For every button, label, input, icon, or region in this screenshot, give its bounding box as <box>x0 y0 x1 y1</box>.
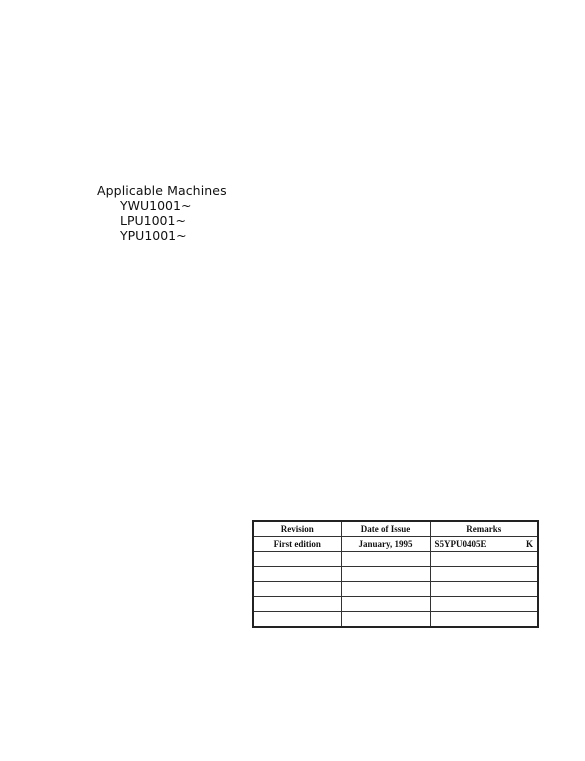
header-remarks: Remarks <box>430 521 538 537</box>
header-revision: Revision <box>253 521 341 537</box>
cell-revision: First edition <box>253 537 341 552</box>
machine-item: LPU1001~ <box>97 213 227 228</box>
cell-date <box>341 582 430 597</box>
cell-remarks <box>430 567 538 582</box>
cell-remarks <box>430 552 538 567</box>
remarks-mark: K <box>526 539 533 549</box>
cell-remarks <box>430 612 538 628</box>
table-row: First edition January, 1995 S5YPU0405EK <box>253 537 538 552</box>
cell-revision <box>253 612 341 628</box>
applicable-machines-heading: Applicable Machines <box>97 183 227 198</box>
cell-date <box>341 567 430 582</box>
table-header-row: Revision Date of Issue Remarks <box>253 521 538 537</box>
cell-date <box>341 552 430 567</box>
cell-remarks: S5YPU0405EK <box>430 537 538 552</box>
header-date-of-issue: Date of Issue <box>341 521 430 537</box>
table-row <box>253 597 538 612</box>
cell-date: January, 1995 <box>341 537 430 552</box>
table-row <box>253 612 538 628</box>
cell-revision <box>253 597 341 612</box>
revision-table: Revision Date of Issue Remarks First edi… <box>252 520 539 628</box>
cell-revision <box>253 582 341 597</box>
remarks-code: S5YPU0405E <box>435 539 487 549</box>
table-row <box>253 582 538 597</box>
cell-revision <box>253 552 341 567</box>
table-row <box>253 552 538 567</box>
cell-remarks <box>430 582 538 597</box>
table-row <box>253 567 538 582</box>
cell-date <box>341 612 430 628</box>
applicable-machines: Applicable Machines YWU1001~ LPU1001~ YP… <box>97 183 227 243</box>
machine-item: YPU1001~ <box>97 228 227 243</box>
cell-remarks <box>430 597 538 612</box>
cell-date <box>341 597 430 612</box>
machine-item: YWU1001~ <box>97 198 227 213</box>
cell-revision <box>253 567 341 582</box>
